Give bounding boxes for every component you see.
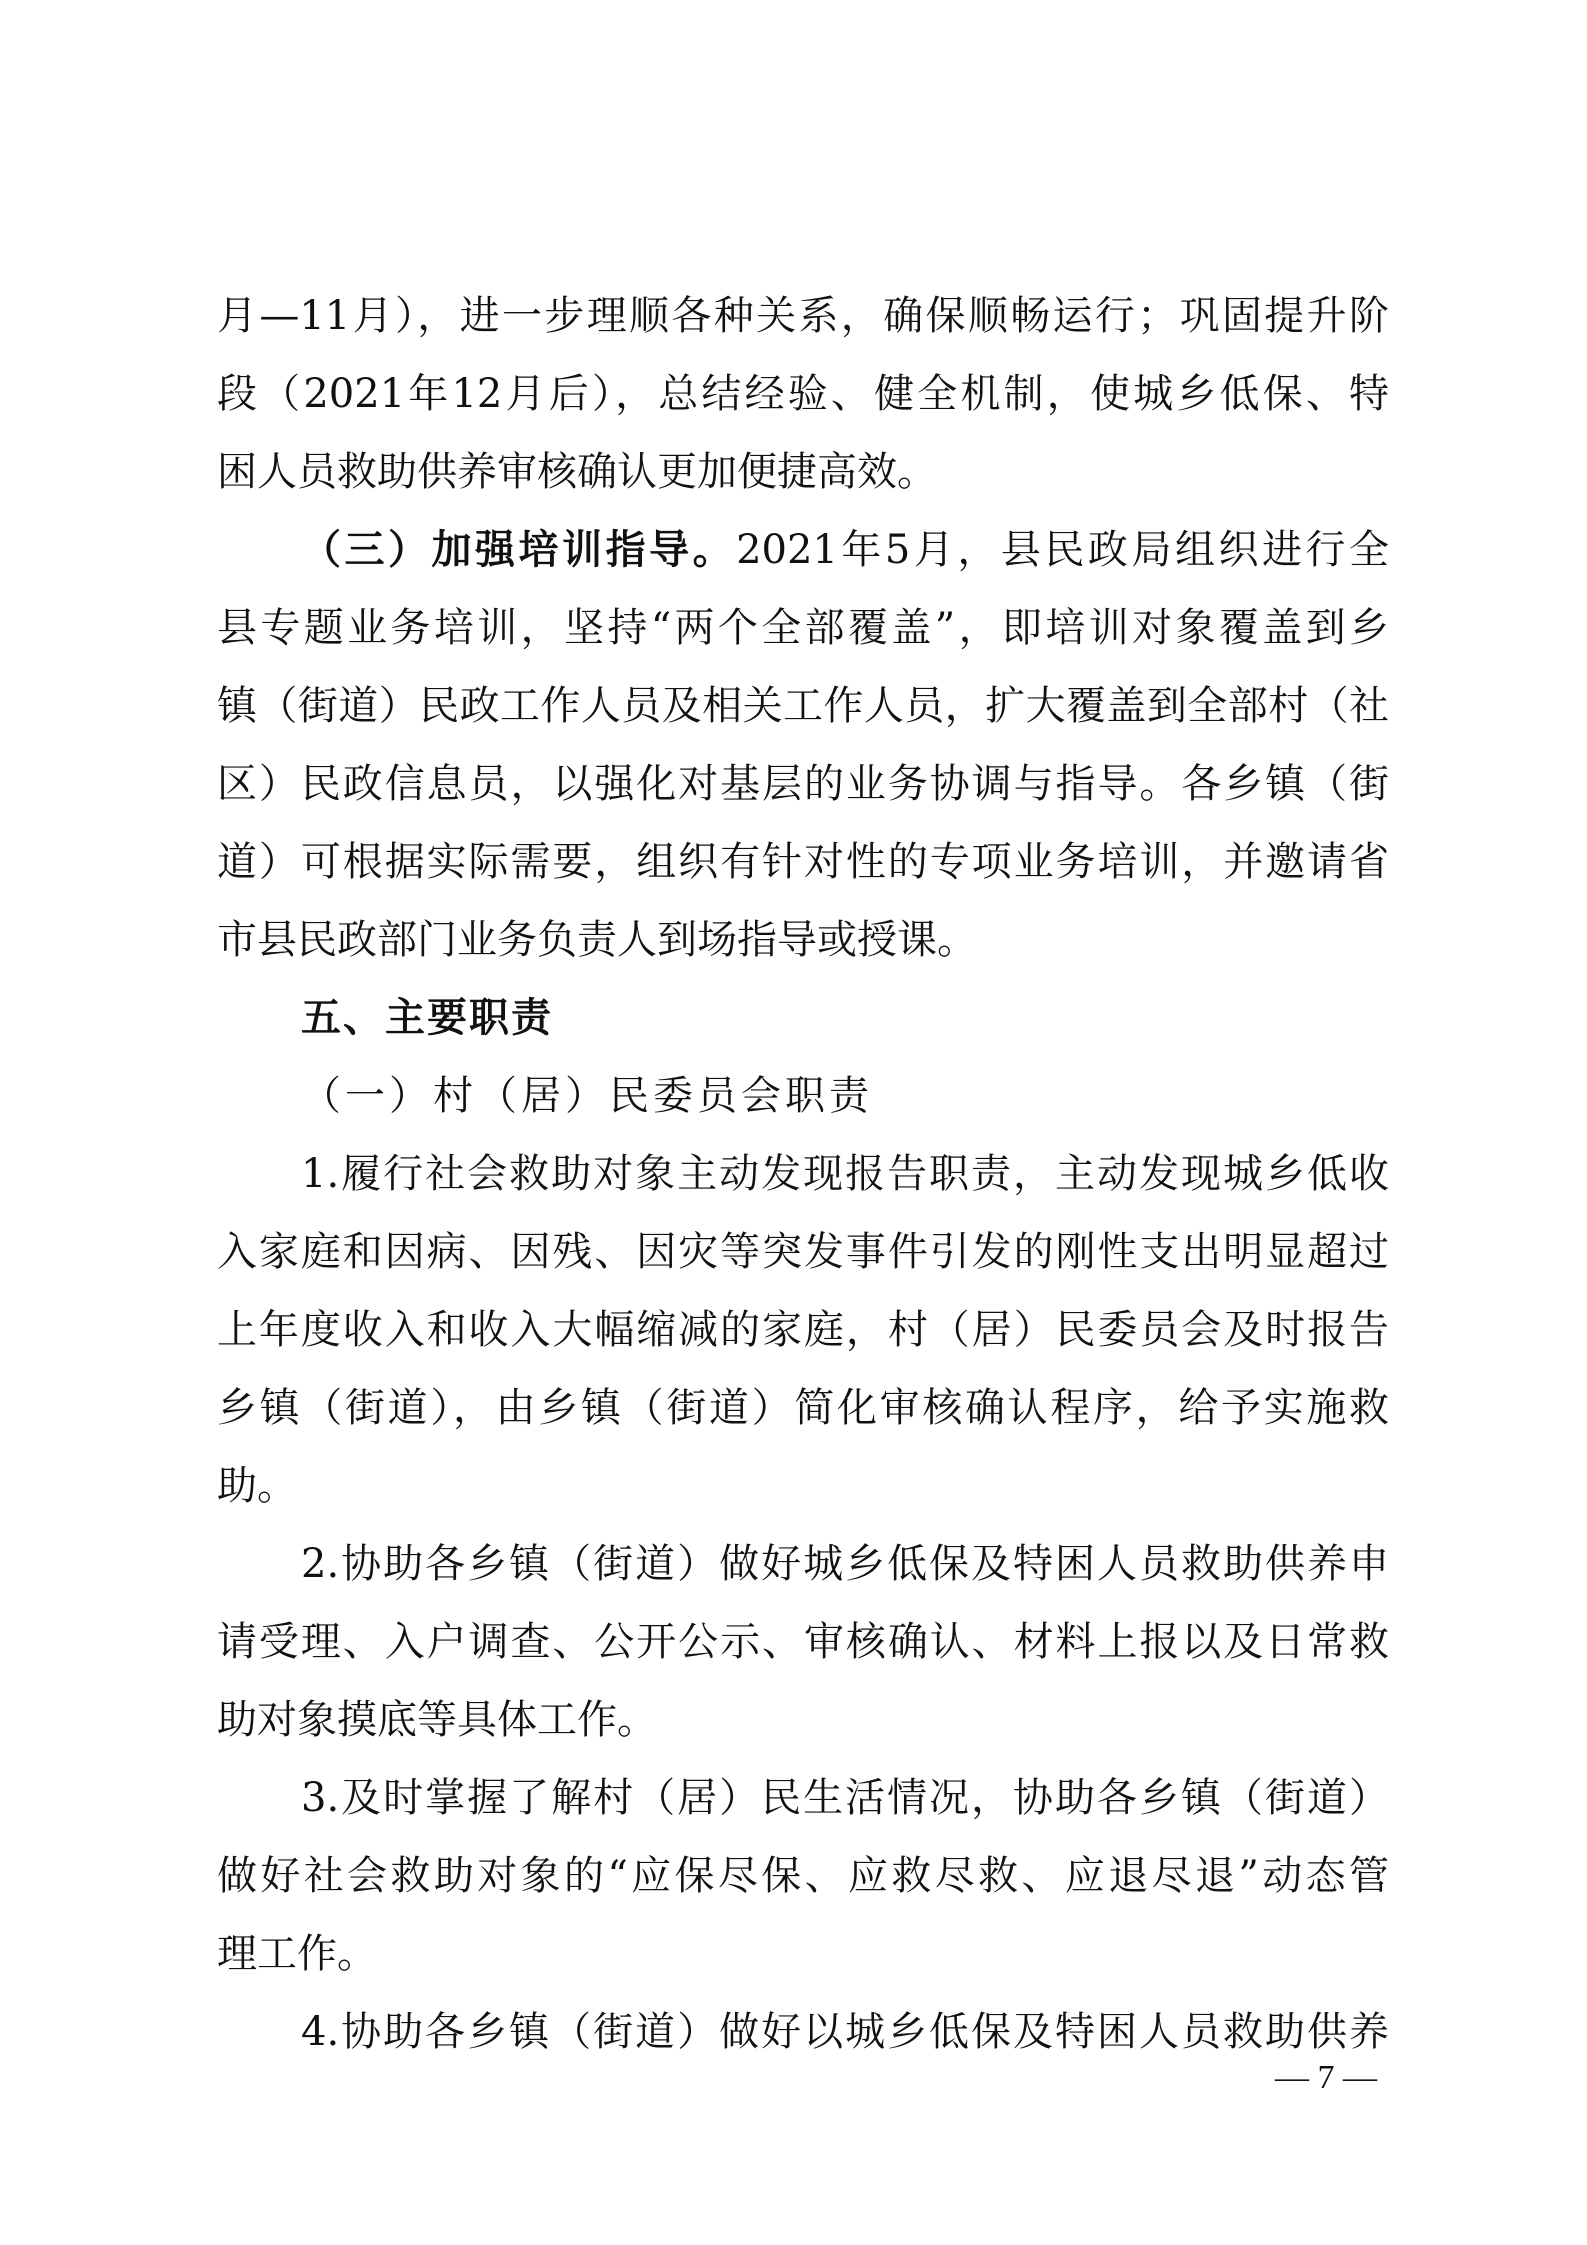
body-text: 月—11月），进一步理顺各种关系，确保顺畅运行；巩固提升阶 段（2021年12月… <box>217 290 1389 2084</box>
section-heading-main-duties: 五、主要职责 <box>217 992 1389 1070</box>
paragraph-line-item-4: 4.协助各乡镇（街道）做好以城乡低保及特困人员救助供养 <box>217 2006 1389 2084</box>
paragraph-line: 理工作。 <box>217 1928 1389 2006</box>
paragraph-line: 困人员救助供养审核确认更加便捷高效。 <box>217 446 1389 524</box>
paragraph-line: 市县民政部门业务负责人到场指导或授课。 <box>217 914 1389 992</box>
paragraph-line-item-3: 3.及时掌握了解村（居）民生活情况，协助各乡镇（街道） <box>217 1772 1389 1850</box>
paragraph-line: 乡镇（街道），由乡镇（街道）简化审核确认程序，给予实施救 <box>217 1382 1389 1460</box>
paragraph-line-item-2: 2.协助各乡镇（街道）做好城乡低保及特困人员救助供养申 <box>217 1538 1389 1616</box>
paragraph-line: 上年度收入和收入大幅缩减的家庭，村（居）民委员会及时报告 <box>217 1304 1389 1382</box>
paragraph-line: 助。 <box>217 1460 1389 1538</box>
paragraph-line: 请受理、入户调查、公开公示、审核确认、材料上报以及日常救 <box>217 1616 1389 1694</box>
paragraph-line: 道）可根据实际需要，组织有针对性的专项业务培训，并邀请省 <box>217 836 1389 914</box>
paragraph-line: 做好社会救助对象的“应保尽保、应救尽救、应退尽退”动态管 <box>217 1850 1389 1928</box>
paragraph-line-training: （三）加强培训指导。2021年5月，县民政局组织进行全 <box>217 524 1389 602</box>
paragraph-text: 2021年5月，县民政局组织进行全 <box>736 527 1389 573</box>
subsection-heading-village-committee: （一）村（居）民委员会职责 <box>217 1070 1389 1148</box>
paragraph-line: 助对象摸底等具体工作。 <box>217 1694 1389 1772</box>
paragraph-line: 县专题业务培训，坚持“两个全部覆盖”，即培训对象覆盖到乡 <box>217 602 1389 680</box>
paragraph-line-item-1: 1.履行社会救助对象主动发现报告职责，主动发现城乡低收 <box>217 1148 1389 1226</box>
paragraph-line: 镇（街道）民政工作人员及相关工作人员，扩大覆盖到全部村（社 <box>217 680 1389 758</box>
document-page: 月—11月），进一步理顺各种关系，确保顺畅运行；巩固提升阶 段（2021年12月… <box>0 0 1587 2245</box>
paragraph-line: 入家庭和因病、因残、因灾等突发事件引发的刚性支出明显超过 <box>217 1226 1389 1304</box>
page-number: — 7 — <box>1261 2056 1391 2100</box>
paragraph-line: 月—11月），进一步理顺各种关系，确保顺畅运行；巩固提升阶 <box>217 290 1389 368</box>
subheading-strengthen-training: （三）加强培训指导。 <box>301 526 736 573</box>
paragraph-line: 区）民政信息员，以强化对基层的业务协调与指导。各乡镇（街 <box>217 758 1389 836</box>
paragraph-line: 段（2021年12月后），总结经验、健全机制，使城乡低保、特 <box>217 368 1389 446</box>
